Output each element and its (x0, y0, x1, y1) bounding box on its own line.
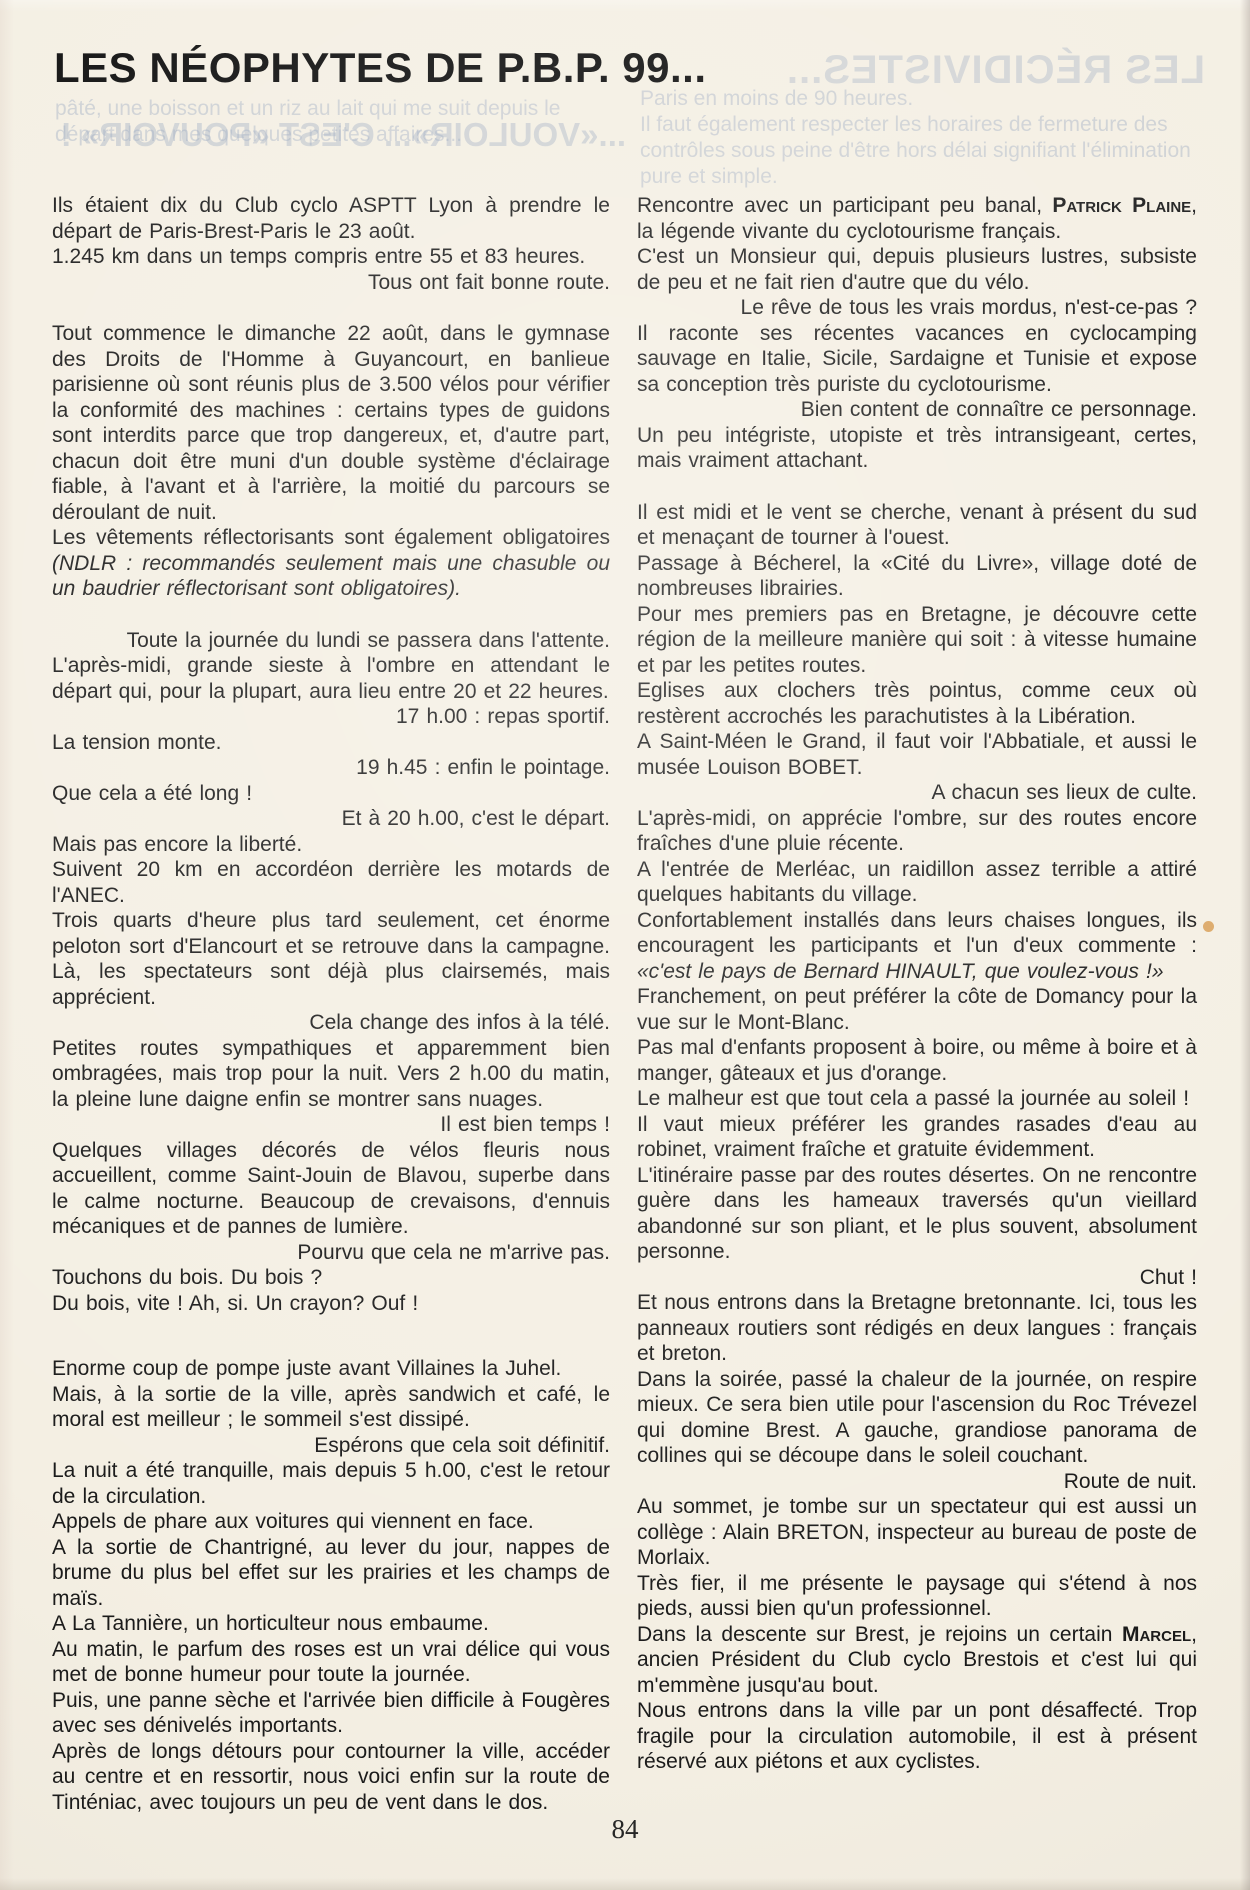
paragraph: Nous entrons dans la ville par un pont d… (637, 1698, 1197, 1775)
paragraph: Passage à Bécherel, la «Cité du Livre», … (637, 551, 1197, 602)
paragraph: Tout commence le dimanche 22 août, dans … (52, 321, 610, 525)
text-run: 19 h.45 : enfin le pointage. (356, 756, 610, 779)
text-run: Il est bien temps ! (440, 1113, 610, 1136)
text-run: Il est midi et le vent se cherche, venan… (637, 501, 1197, 550)
paragraph: Ils étaient dix du Club cyclo ASPTT Lyon… (52, 193, 610, 244)
text-run: Après de longs détours pour contourner l… (52, 1740, 610, 1814)
text-run: Pourvu que cela ne m'arrive pas. (297, 1241, 610, 1264)
text-run: Chut ! (1140, 1266, 1197, 1289)
paragraph: La nuit a été tranquille, mais depuis 5 … (52, 1458, 610, 1509)
text-run: Dans la soirée, passé la chaleur de la j… (637, 1368, 1197, 1468)
text-run: Pas mal d'enfants proposent à boire, ou … (637, 1036, 1197, 1085)
text-run: Au sommet, je tombe sur un spectateur qu… (637, 1495, 1197, 1569)
paragraph: Tous ont fait bonne route. (52, 270, 610, 296)
paragraph: Appels de phare aux voitures qui viennen… (52, 1509, 610, 1535)
person-name: Patrick Plaine (1052, 194, 1191, 217)
text-run: Quelques villages décorés de vélos fleur… (52, 1139, 610, 1239)
text-run: 17 h.00 : repas sportif. (396, 705, 610, 728)
text-run: Un peu intégriste, utopiste et très intr… (637, 424, 1197, 473)
paragraph: Mais pas encore la liberté. (52, 832, 610, 858)
ghost-headline-recidivistes: LES RÉCIDIVISTES... (630, 48, 1205, 93)
text-run: L'après-midi, grande sieste à l'ombre en… (52, 654, 610, 703)
paragraph: Toute la journée du lundi se passera dan… (52, 628, 610, 654)
paragraph: Suivent 20 km en accordéon derrière les … (52, 857, 610, 908)
paragraph: Mais, à la sortie de la ville, après san… (52, 1382, 610, 1433)
ghost-text-line: contrôles sous peine d'être hors délai s… (640, 138, 1206, 164)
text-run: La nuit a été tranquille, mais depuis 5 … (52, 1459, 610, 1508)
paragraph: C'est un Monsieur qui, depuis plusieurs … (637, 244, 1197, 295)
text-run: Passage à Bécherel, la «Cité du Livre», … (637, 552, 1197, 601)
paragraph: Chut ! (637, 1265, 1197, 1291)
text-run: Très fier, il me présente le paysage qui… (637, 1572, 1197, 1621)
paragraph: Le malheur est que tout cela a passé la … (637, 1086, 1197, 1112)
left-text-column: Ils étaient dix du Club cyclo ASPTT Lyon… (52, 193, 610, 1815)
ghost-text-line: départ dans mes quelques petites affaire… (55, 122, 615, 148)
paragraph: Pas mal d'enfants proposent à boire, ou … (637, 1035, 1197, 1086)
paragraph: Il est bien temps ! (52, 1112, 610, 1138)
paragraph: Eglises aux clochers très pointus, comme… (637, 678, 1197, 729)
paragraph: Route de nuit. (637, 1469, 1197, 1495)
text-run: Le malheur est que tout cela a passé la … (637, 1087, 1189, 1110)
text-run: Pour mes premiers pas en Bretagne, je dé… (637, 603, 1197, 677)
paragraph: Et nous entrons dans la Bretagne bretonn… (637, 1290, 1197, 1367)
paragraph: Puis, une panne sèche et l'arrivée bien … (52, 1688, 610, 1739)
text-run: Il vaut mieux préférer les grandes rasad… (637, 1113, 1197, 1162)
text-run: Et à 20 h.00, c'est le départ. (342, 807, 610, 830)
paragraph: Il raconte ses récentes vacances en cycl… (637, 321, 1197, 398)
paragraph: Il vaut mieux préférer les grandes rasad… (637, 1112, 1197, 1163)
article-title: LES NÉOPHYTES DE P.B.P. 99... (54, 44, 707, 92)
paragraph: Espérons que cela soit définitif. (52, 1433, 610, 1459)
paragraph: Dans la soirée, passé la chaleur de la j… (637, 1367, 1197, 1469)
text-run: Espérons que cela soit définitif. (314, 1434, 610, 1457)
paragraph: A l'entrée de Merléac, un raidillon asse… (637, 857, 1197, 908)
paragraph: L'après-midi, grande sieste à l'ombre en… (52, 653, 610, 704)
text-run: Nous entrons dans la ville par un pont d… (637, 1699, 1197, 1773)
text-run: Puis, une panne sèche et l'arrivée bien … (52, 1689, 610, 1738)
text-run: Bien content de connaître ce personnage. (801, 398, 1197, 421)
text-run: Il raconte ses récentes vacances en cycl… (637, 322, 1197, 396)
text-run: «c'est le pays de Bernard HINAULT, que v… (637, 960, 1164, 983)
text-run: Les vêtements réflectorisants sont égale… (52, 526, 610, 549)
paragraph: L'après-midi, on apprécie l'ombre, sur d… (637, 806, 1197, 857)
text-run: Cela change des infos à la télé. (309, 1011, 610, 1034)
ghost-bleedthrough-text-right: Paris en moins de 90 heures.Il faut égal… (640, 86, 1206, 190)
text-run: Mais pas encore la liberté. (52, 833, 302, 856)
text-run: Touchons du bois. Du bois ? (52, 1266, 322, 1289)
ghost-text-line: pure et simple. (640, 164, 1206, 190)
paragraph: La tension monte. (52, 730, 610, 756)
paragraph: Pour mes premiers pas en Bretagne, je dé… (637, 602, 1197, 679)
text-run: Toute la journée du lundi se passera dan… (127, 629, 610, 652)
text-run: Mais, à la sortie de la ville, après san… (52, 1383, 610, 1432)
text-run: Rencontre avec un participant peu banal, (637, 194, 1052, 217)
paragraph: Confortablement installés dans leurs cha… (637, 908, 1197, 985)
paragraph: Du bois, vite ! Ah, si. Un crayon? Ouf ! (52, 1291, 610, 1317)
paragraph: Cela change des infos à la télé. (52, 1010, 610, 1036)
text-run: C'est un Monsieur qui, depuis plusieurs … (637, 245, 1197, 294)
paragraph: Un peu intégriste, utopiste et très intr… (637, 423, 1197, 474)
ghost-bleedthrough-text-left: pâté, une boisson et un riz au lait qui … (55, 96, 615, 148)
paragraph: Et à 20 h.00, c'est le départ. (52, 806, 610, 832)
scanned-magazine-page: ...«VOULOIR»... C'EST «POUVOIR» ! LES RÉ… (0, 0, 1250, 1890)
ghost-text-line: Il faut également respecter les horaires… (640, 112, 1206, 138)
text-run: Dans la descente sur Brest, je rejoins u… (637, 1623, 1122, 1646)
text-run: Du bois, vite ! Ah, si. Un crayon? Ouf ! (52, 1292, 418, 1315)
paragraph: A la sortie de Chantrigné, au lever du j… (52, 1535, 610, 1612)
text-run: Eglises aux clochers très pointus, comme… (637, 679, 1197, 728)
paragraph: Franchement, on peut préférer la côte de… (637, 984, 1197, 1035)
paragraph: Pourvu que cela ne m'arrive pas. (52, 1240, 610, 1266)
text-run: Le rêve de tous les vrais mordus, n'est-… (741, 296, 1197, 319)
page-number: 84 (0, 1814, 1250, 1845)
paragraph: Enorme coup de pompe juste avant Villain… (52, 1356, 610, 1382)
text-run: Tout commence le dimanche 22 août, dans … (52, 322, 610, 524)
ghost-text-line: pâté, une boisson et un riz au lait qui … (55, 96, 615, 122)
paragraph: Après de longs détours pour contourner l… (52, 1739, 610, 1816)
paragraph: Trois quarts d'heure plus tard seulement… (52, 908, 610, 1010)
paragraph: Très fier, il me présente le paysage qui… (637, 1571, 1197, 1622)
text-run: Confortablement installés dans leurs cha… (637, 909, 1197, 958)
ghost-headline-vouloir-pouvoir: ...«VOULOIR»... C'EST «POUVOIR» ! (44, 116, 626, 154)
paragraph: 1.245 km dans un temps compris entre 55 … (52, 244, 610, 270)
text-run: Suivent 20 km en accordéon derrière les … (52, 858, 610, 907)
paragraph: Rencontre avec un participant peu banal,… (637, 193, 1197, 244)
paragraph: Bien content de connaître ce personnage. (637, 397, 1197, 423)
paragraph: A chacun ses lieux de culte. (637, 780, 1197, 806)
text-run: Que cela a été long ! (52, 782, 252, 805)
paragraph: A La Tannière, un horticulteur nous emba… (52, 1611, 610, 1637)
text-run: Route de nuit. (1064, 1470, 1197, 1493)
right-text-column: Rencontre avec un participant peu banal,… (637, 193, 1197, 1775)
text-run: A la sortie de Chantrigné, au lever du j… (52, 1536, 610, 1610)
paragraph: Touchons du bois. Du bois ? (52, 1265, 610, 1291)
paragraph: Le rêve de tous les vrais mordus, n'est-… (637, 295, 1197, 321)
paragraph: L'itinéraire passe par des routes désert… (637, 1163, 1197, 1265)
paragraph: Dans la descente sur Brest, je rejoins u… (637, 1622, 1197, 1699)
text-run: Ils étaient dix du Club cyclo ASPTT Lyon… (52, 194, 610, 243)
paragraph: Que cela a été long ! (52, 781, 610, 807)
paragraph: 19 h.45 : enfin le pointage. (52, 755, 610, 781)
text-run: Et nous entrons dans la Bretagne bretonn… (637, 1291, 1197, 1365)
paragraph: A Saint-Méen le Grand, il faut voir l'Ab… (637, 729, 1197, 780)
text-run: A chacun ses lieux de culte. (932, 781, 1197, 804)
text-run: Appels de phare aux voitures qui viennen… (52, 1510, 534, 1533)
paragraph: Les vêtements réflectorisants sont égale… (52, 525, 610, 602)
text-run: Tous ont fait bonne route. (368, 271, 610, 294)
text-run: A Saint-Méen le Grand, il faut voir l'Ab… (637, 730, 1197, 779)
paragraph: 17 h.00 : repas sportif. (52, 704, 610, 730)
text-run: 1.245 km dans un temps compris entre 55 … (52, 245, 585, 268)
paragraph: Quelques villages décorés de vélos fleur… (52, 1138, 610, 1240)
text-run: Trois quarts d'heure plus tard seulement… (52, 909, 610, 1009)
text-run: (NDLR : recommandés seulement mais une c… (52, 552, 610, 601)
text-run: Au matin, le parfum des roses est un vra… (52, 1638, 610, 1687)
text-run: A l'entrée de Merléac, un raidillon asse… (637, 858, 1197, 907)
ghost-text-line: Paris en moins de 90 heures. (640, 86, 1206, 112)
text-run: L'itinéraire passe par des routes désert… (637, 1164, 1197, 1264)
paper-stain (1203, 921, 1214, 932)
text-run: L'après-midi, on apprécie l'ombre, sur d… (637, 807, 1197, 856)
text-run: Franchement, on peut préférer la côte de… (637, 985, 1197, 1034)
paragraph: Au sommet, je tombe sur un spectateur qu… (637, 1494, 1197, 1571)
person-name: Marcel (1122, 1623, 1191, 1646)
text-run: Enorme coup de pompe juste avant Villain… (52, 1357, 561, 1380)
paragraph: Au matin, le parfum des roses est un vra… (52, 1637, 610, 1688)
text-run: La tension monte. (52, 731, 221, 754)
text-run: Petites routes sympathiques et apparemme… (52, 1037, 610, 1111)
paragraph: Petites routes sympathiques et apparemme… (52, 1036, 610, 1113)
paragraph: Il est midi et le vent se cherche, venan… (637, 500, 1197, 551)
text-run: A La Tannière, un horticulteur nous emba… (52, 1612, 489, 1635)
